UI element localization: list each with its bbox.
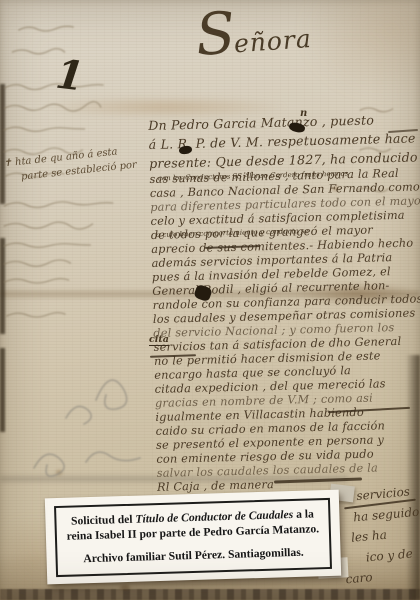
page-left-edge-mark [0, 84, 5, 204]
caption-line1-prefix: Solicitud del [71, 512, 136, 527]
caption-line-3: Archivo familiar Sutil Pérez. Santiagomi… [60, 545, 326, 568]
stain-spot [56, 470, 62, 475]
superscript-correction: n [300, 108, 307, 119]
caption-line1-suffix: a la [293, 507, 314, 521]
manuscript-text-block: Dn Pedro Garcia Matanzo , puestoá L. R. … [148, 109, 420, 495]
caption-card: Solicitud del Título de Conductor de Cau… [45, 490, 341, 585]
caption-border: Solicitud del Título de Conductor de Cau… [54, 498, 332, 577]
fragment-line: caro [345, 562, 420, 589]
interline-correction: cita [149, 334, 169, 346]
stain-top-right [300, 0, 420, 100]
stain-spot [120, 585, 130, 590]
page-left-edge-mark [0, 348, 5, 432]
manuscript-photo: 1 Señora ✝ hta de qu año á esta parte se… [0, 0, 420, 600]
bottom-dark-band [0, 589, 420, 600]
page-number: 1 [53, 50, 86, 100]
salutation-senora: Señora [195, 8, 313, 61]
margin-note: ✝ hta de qu año á esta parte se establec… [3, 140, 165, 187]
page-left-edge-mark [0, 238, 5, 334]
